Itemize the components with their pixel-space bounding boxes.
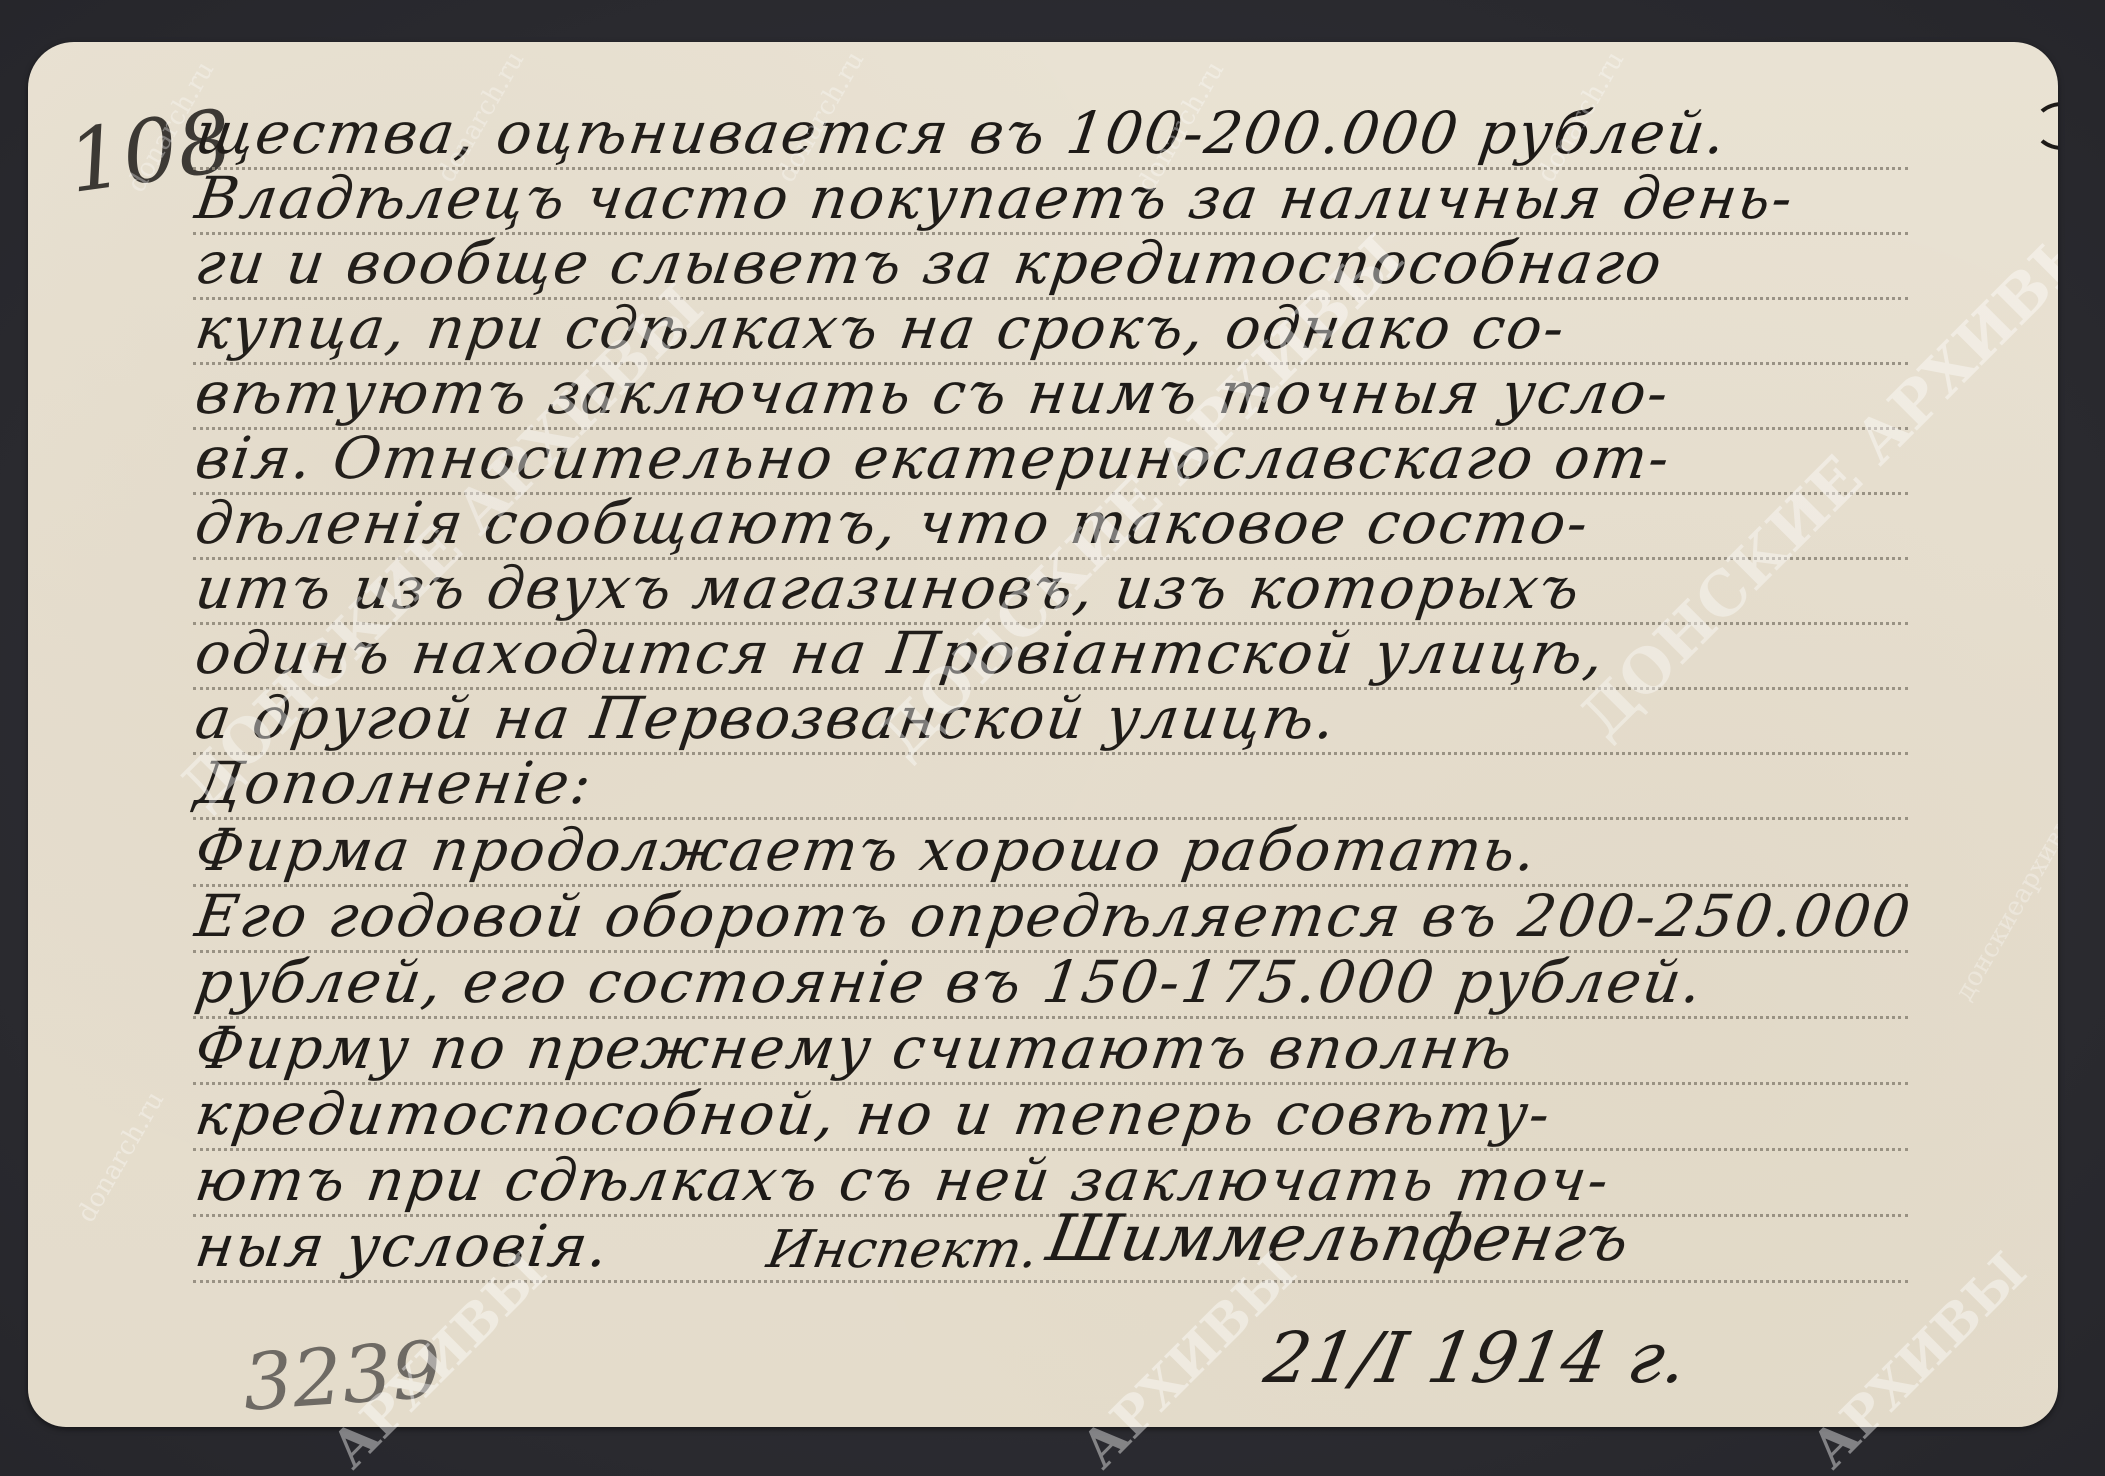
text-line: рублей, его состояніе въ 150-175.000 руб… bbox=[191, 948, 1708, 1016]
document-scan: 108 щества, оцѣнивается въ 100-200.000 р… bbox=[0, 0, 2105, 1476]
text-line: Его годовой оборотъ опредѣляется въ 200-… bbox=[191, 882, 1916, 950]
signature-name: Шиммельпфенгъ bbox=[1041, 1202, 1634, 1276]
section-heading: Дополненіе: bbox=[191, 749, 597, 817]
document-date: 21/I 1914 г. bbox=[1259, 1317, 1694, 1399]
text-line: купца, при сдѣлкахъ на срокъ, однако со- bbox=[191, 294, 1570, 362]
text-line: кредитоспособной, но и теперь совѣту- bbox=[191, 1080, 1556, 1148]
text-line: ги и вообще слыветъ за кредитоспособнаго bbox=[191, 229, 1667, 297]
text-line: щества, оцѣнивается въ 100-200.000 рубле… bbox=[191, 99, 1731, 167]
text-line: вѣтуютъ заключать съ нимъ точныя усло- bbox=[191, 359, 1674, 427]
archive-number: 3239 bbox=[240, 1325, 444, 1427]
archival-card: 108 щества, оцѣнивается въ 100-200.000 р… bbox=[28, 42, 2058, 1427]
signature-title: Инспект. bbox=[763, 1220, 1043, 1280]
text-line: Владѣлецъ часто покупаетъ за наличныя де… bbox=[191, 164, 1798, 232]
ruled-line bbox=[193, 1280, 1908, 1283]
watermark-url: donarch.ru bbox=[71, 1086, 170, 1227]
text-line: одинъ находится на Провіантской улицѣ, bbox=[191, 619, 1610, 687]
text-line: ныя условія. bbox=[191, 1212, 614, 1280]
text-line: итъ изъ двухъ магазиновъ, изъ которыхъ bbox=[191, 554, 1585, 622]
watermark-url-alt: донскиеархивы.рф bbox=[1949, 768, 2058, 1006]
text-line: Фирму по прежнему считаютъ вполнѣ bbox=[191, 1014, 1518, 1082]
text-line: Фирма продолжаетъ хорошо работать. bbox=[191, 816, 1542, 884]
corner-mark-icon bbox=[2033, 102, 2058, 150]
text-line: а другой на Первозванской улицѣ. bbox=[191, 684, 1341, 752]
text-line: вія. Относительно екатеринославскаго от- bbox=[191, 424, 1675, 492]
text-line: дѣленія сообщаютъ, что таковое состо- bbox=[191, 489, 1594, 557]
